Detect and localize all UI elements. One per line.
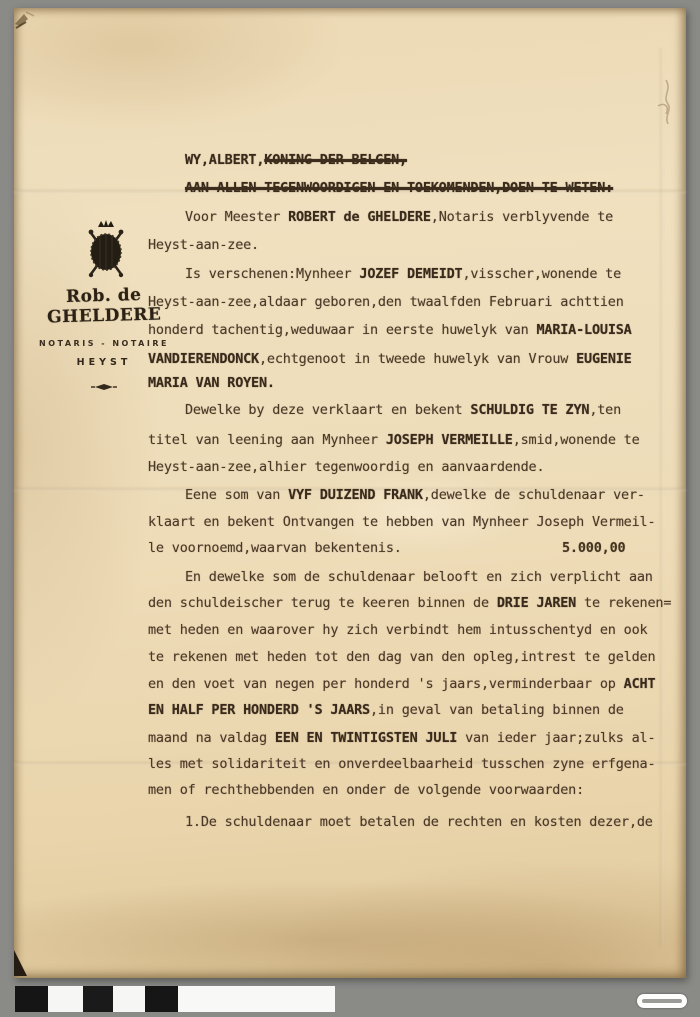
typed-line: VANDIERENDONCK,echtgenoot in tweede huwe… (0, 349, 700, 371)
text-segment: VANDIERENDONCK (148, 351, 259, 367)
text-segment: te rekenen met heden tot den dag van den… (148, 649, 655, 665)
text-segment: Heyst-aan-zee,aldaar geboren,den twaalfd… (148, 294, 624, 310)
text-segment: En dewelke som de schuldenaar belooft en… (185, 569, 653, 585)
scale-label-pill (637, 994, 687, 1008)
amount-value: 5.000,00 (562, 538, 625, 558)
text-segment: van ieder jaar;zulks al- (457, 730, 655, 746)
text-segment: ,ten (589, 402, 621, 418)
text-segment: JOZEF DEMEIDT (359, 266, 462, 282)
text-segment: Heyst-aan-zee. (148, 237, 259, 253)
text-segment: titel van leening aan Mynheer (148, 432, 386, 448)
typed-line: le voornoemd,waarvan bekentenis.5.000,00 (0, 538, 700, 560)
typed-line: AAN ALLEN TEGENWOORDIGEN EN TOEKOMENDEN,… (0, 178, 700, 200)
typed-line: met heden en waarover hy zich verbindt h… (0, 620, 700, 642)
typed-line: en den voet van negen per honderd 's jaa… (0, 674, 700, 696)
text-segment: EUGENIE (576, 351, 632, 367)
typed-line: Voor Meester ROBERT de GHELDERE,Notaris … (0, 207, 700, 229)
text-segment: Eene som van (185, 487, 288, 503)
typed-line: 1.De schuldenaar moet betalen de rechten… (0, 812, 700, 834)
text-segment: ,visscher,wonende te (462, 266, 621, 282)
text-segment: MARIA VAN ROYEN. (148, 375, 275, 391)
typed-line: titel van leening aan Mynheer JOSEPH VER… (0, 430, 700, 452)
text-segment: den schuldeischer terug te keeren binnen… (148, 595, 497, 611)
text-segment: SCHULDIG TE ZYN (470, 402, 589, 418)
text-segment: JOSEPH VERMEILLE (386, 432, 513, 448)
typed-line: En dewelke som de schuldenaar belooft en… (0, 567, 700, 589)
text-segment: men of rechthebbenden en onder de volgen… (148, 782, 584, 798)
text-segment: ,smid,wonende te (513, 432, 640, 448)
typed-text-block: WY,ALBERT,KONING DER BELGEN,AAN ALLEN TE… (0, 0, 700, 1017)
typed-line: den schuldeischer terug te keeren binnen… (0, 593, 700, 615)
typed-line: maand na valdag EEN EN TWINTIGSTEN JULI … (0, 728, 700, 750)
scanned-document-photo: Rob. de GHELDERE NOTARIS - NOTAIRE HEYST… (0, 0, 700, 1017)
text-segment: Voor Meester (185, 209, 288, 225)
typed-line: Heyst-aan-zee,alhier tegenwoordig en aan… (0, 457, 700, 479)
text-segment: les met solidariteit en onverdeelbaarhei… (148, 756, 655, 772)
calibration-strip (15, 986, 335, 1012)
text-segment: MARIA-LOUISA (536, 322, 631, 338)
text-segment: WY,ALBERT, (185, 152, 264, 168)
text-segment: Dewelke by deze verklaart en bekent (185, 402, 470, 418)
text-segment: ROBERT de GHELDERE (288, 209, 431, 225)
text-segment: te rekenen= (576, 595, 671, 611)
text-segment: AAN ALLEN TEGENWOORDIGEN EN TOEKOMENDEN,… (185, 180, 613, 196)
text-segment: ,in geval van betaling binnen de (370, 702, 624, 718)
typed-line: klaart en bekent Ontvangen te hebben van… (0, 512, 700, 534)
typed-line: WY,ALBERT,KONING DER BELGEN, (0, 150, 700, 172)
text-segment: ,dewelke de schuldenaar ver- (423, 487, 645, 503)
text-segment: en den voet van negen per honderd 's jaa… (148, 676, 624, 692)
typed-line: honderd tachentig,weduwaar in eerste huw… (0, 320, 700, 342)
text-segment: DRIE JAREN (497, 595, 576, 611)
text-segment: Heyst-aan-zee,alhier tegenwoordig en aan… (148, 459, 544, 475)
text-segment: 1.De schuldenaar moet betalen de rechten… (185, 814, 653, 830)
calibration-block (145, 986, 178, 1012)
typed-line: MARIA VAN ROYEN. (0, 373, 700, 395)
calibration-block (178, 986, 335, 1012)
typed-line: Is verschenen:Mynheer JOZEF DEMEIDT,viss… (0, 264, 700, 286)
scale-label-slot (642, 999, 682, 1003)
typed-line: Dewelke by deze verklaart en bekent SCHU… (0, 400, 700, 422)
calibration-block (48, 986, 83, 1012)
text-segment: klaart en bekent Ontvangen te hebben van… (148, 514, 655, 530)
text-segment: le voornoemd,waarvan bekentenis. (148, 540, 402, 556)
text-segment: VYF DUIZEND FRANK (288, 487, 423, 503)
text-segment: met heden en waarover hy zich verbindt h… (148, 622, 647, 638)
typed-line: men of rechthebbenden en onder de volgen… (0, 780, 700, 802)
text-segment: ,echtgenoot in tweede huwelyk van Vrouw (259, 351, 576, 367)
calibration-block (113, 986, 145, 1012)
typed-line: EN HALF PER HONDERD 'S JAARS,in geval va… (0, 700, 700, 722)
typed-line: te rekenen met heden tot den dag van den… (0, 647, 700, 669)
text-segment: EN HALF PER HONDERD 'S JAARS (148, 702, 370, 718)
typed-line: les met solidariteit en onverdeelbaarhei… (0, 754, 700, 776)
text-segment: Is verschenen:Mynheer (185, 266, 359, 282)
typed-line: Eene som van VYF DUIZEND FRANK,dewelke d… (0, 485, 700, 507)
typed-line: Heyst-aan-zee. (0, 235, 700, 257)
calibration-block (15, 986, 48, 1012)
text-segment: maand na valdag (148, 730, 275, 746)
text-segment: honderd tachentig,weduwaar in eerste huw… (148, 322, 536, 338)
calibration-block (83, 986, 113, 1012)
text-segment: ,Notaris verblyvende te (431, 209, 613, 225)
typed-line: Heyst-aan-zee,aldaar geboren,den twaalfd… (0, 292, 700, 314)
text-segment: KONING DER BELGEN, (264, 152, 407, 168)
text-segment: EEN EN TWINTIGSTEN JULI (275, 730, 457, 746)
text-segment: ACHT (624, 676, 656, 692)
